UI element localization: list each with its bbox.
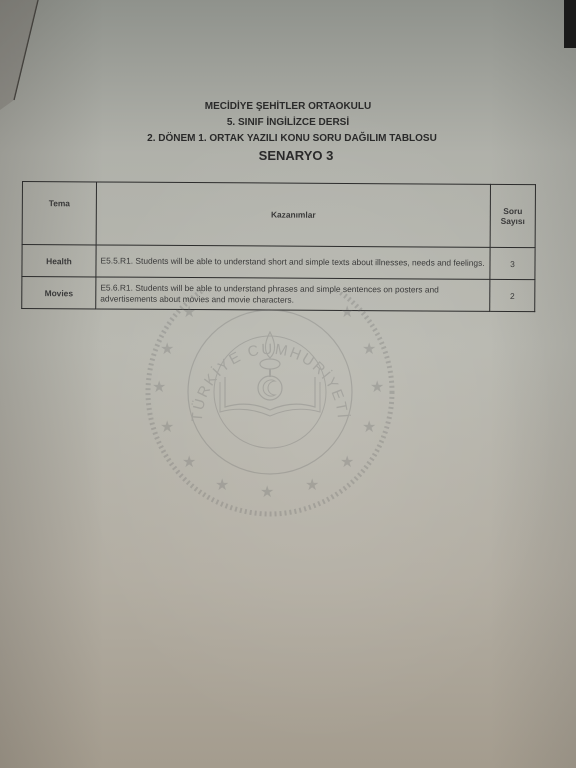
- table-row: Health E5.5.R1. Students will be able to…: [22, 245, 535, 280]
- header-soru-sayisi: Soru Sayısı: [490, 184, 535, 247]
- table-header-row: Tema Kazanımlar Soru Sayısı: [22, 182, 535, 248]
- background-edge: [564, 0, 576, 48]
- row-soru-sayisi: 2: [490, 279, 535, 311]
- row-soru-sayisi: 3: [490, 247, 535, 279]
- svg-text:★: ★: [260, 484, 274, 501]
- topic-distribution-table: Tema Kazanımlar Soru Sayısı Health E5.5.…: [21, 181, 536, 312]
- row-kazanim: E5.5.R1. Students will be able to unders…: [96, 245, 490, 279]
- header-kazanimlar: Kazanımlar: [96, 182, 490, 247]
- svg-text:★: ★: [370, 379, 384, 396]
- school-name: MECİDİYE ŞEHİTLER ORTAOKULU: [0, 101, 576, 112]
- header-soru-line1: Soru: [503, 206, 522, 216]
- row-tema: Movies: [22, 277, 96, 309]
- svg-text:★: ★: [340, 454, 354, 471]
- svg-text:★: ★: [182, 454, 196, 471]
- svg-text:★: ★: [362, 419, 376, 436]
- photo-vignette: [0, 0, 576, 768]
- meb-seal-icon: TÜRKİYE CUMHURİYETİ MİLLÎ EĞİTİM BAKANLI…: [130, 292, 410, 522]
- page-fold-edge: [0, 0, 40, 110]
- scenario-title: SENARYO 3: [8, 148, 576, 163]
- svg-text:★: ★: [215, 477, 229, 494]
- exam-title: 2. DÖNEM 1. ORTAK YAZILI KONU SORU DAĞIL…: [4, 133, 576, 144]
- svg-text:★: ★: [160, 419, 174, 436]
- svg-text:★: ★: [362, 341, 376, 358]
- svg-text:★: ★: [152, 379, 166, 396]
- svg-text:★: ★: [305, 477, 319, 494]
- svg-text:TÜRKİYE CUMHURİYETİ MİLLÎ EĞİT: TÜRKİYE CUMHURİYETİ MİLLÎ EĞİTİM BAKANLI…: [130, 292, 352, 422]
- table-row: Movies E5.6.R1. Students will be able to…: [22, 277, 535, 312]
- svg-text:★: ★: [160, 341, 174, 358]
- row-kazanim: E5.6.R1. Students will be able to unders…: [96, 277, 490, 311]
- row-tema: Health: [22, 245, 96, 277]
- header-tema: Tema: [22, 182, 96, 245]
- course-title: 5. SINIF İNGİLİZCE DERSİ: [0, 117, 576, 128]
- header-soru-line2: Sayısı: [501, 216, 525, 226]
